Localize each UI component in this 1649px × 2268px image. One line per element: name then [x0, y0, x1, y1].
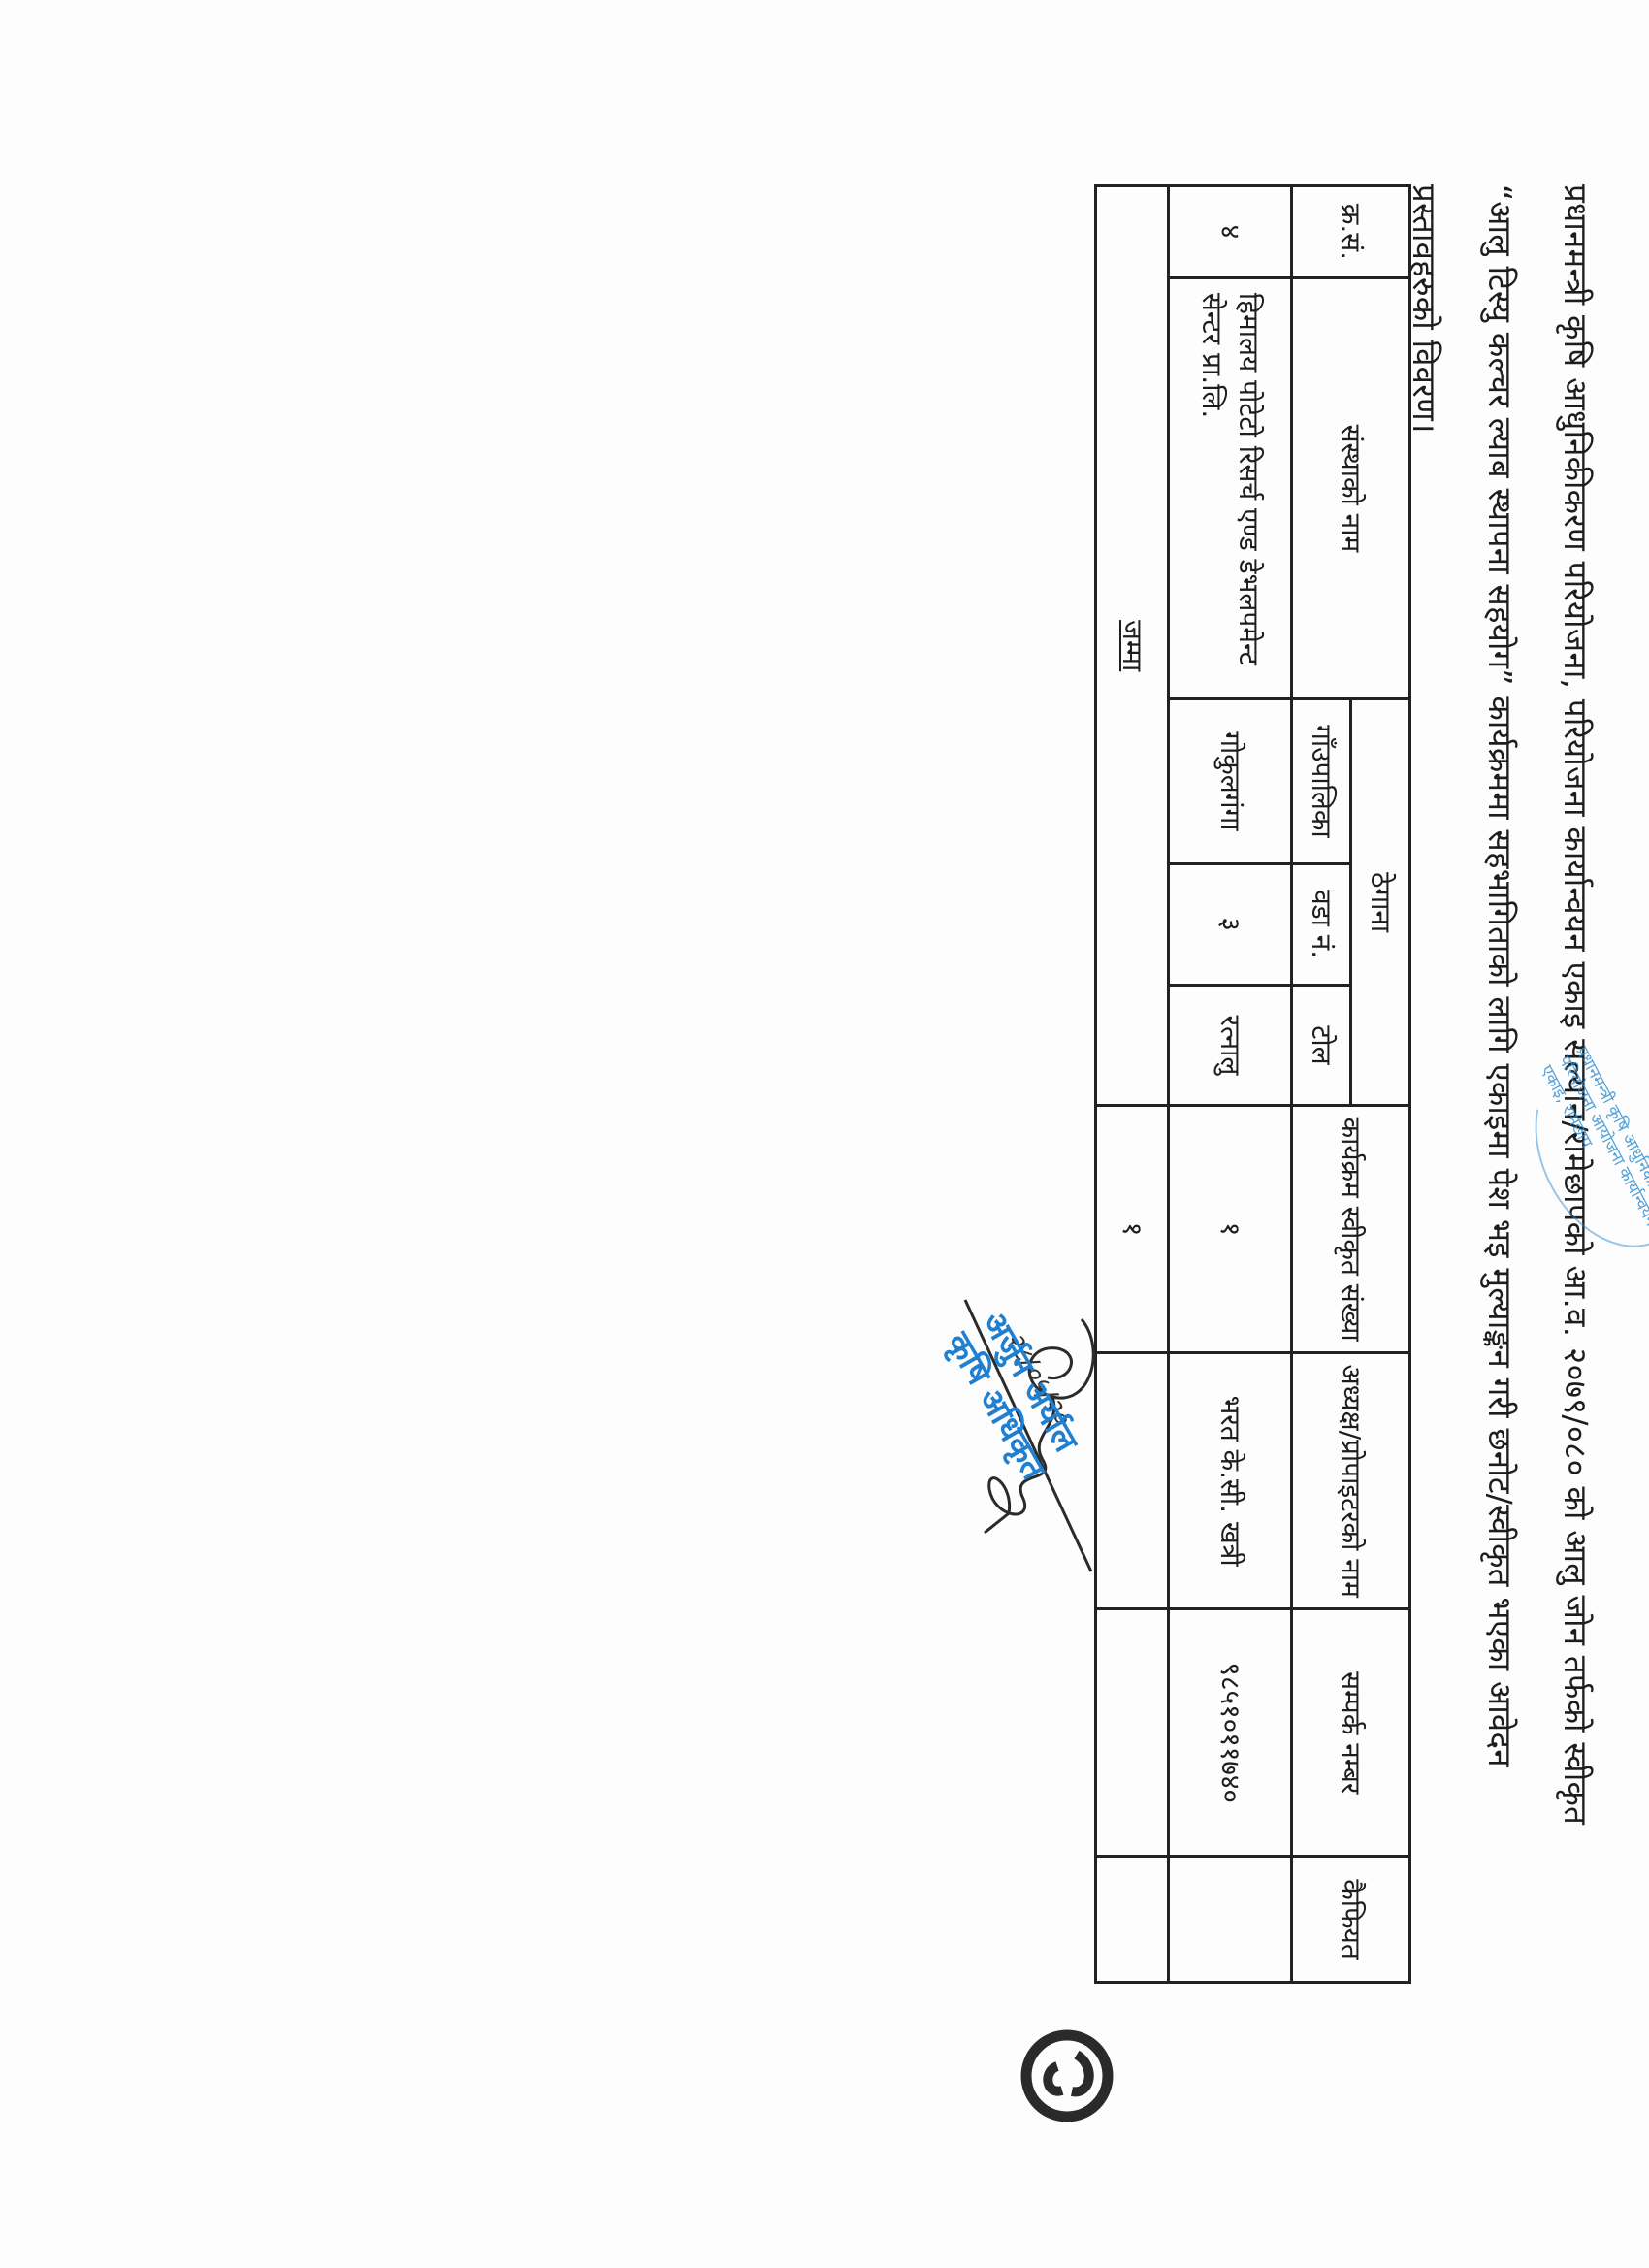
heading-line-1: प्रधानमन्त्री कृषि आधुनिकीकरण परियोजना, …	[1555, 184, 1599, 1825]
total-approved-count: १	[1096, 1106, 1169, 1352]
cell-org-name: हिमालय पोटेटो रिसर्च एण्ड डेभलपमेन्ट सेन…	[1169, 277, 1292, 698]
heading-line-2: “आलु टिस्यु कल्चर ल्याब स्थापना सहयोग” क…	[1479, 184, 1523, 1767]
cell-chair-name: भरत के.सी. खत्री	[1169, 1352, 1292, 1609]
header-org-name: संस्थाको नाम	[1292, 277, 1410, 698]
total-empty-2	[1096, 1609, 1169, 1857]
table-total-row: जम्मा १	[1096, 186, 1169, 1983]
proposals-table: क्र.सं. संस्थाको नाम ठेगाना कार्यक्रम स्…	[1094, 184, 1411, 1984]
header-chair-name: अध्यक्ष/प्रोपाइटरको नाम	[1292, 1352, 1410, 1609]
header-remarks: कैफियत	[1292, 1857, 1410, 1983]
seal-arc-icon	[1504, 1034, 1649, 1275]
header-sn: क्र.सं.	[1292, 186, 1410, 278]
cell-tole: रत्नालु	[1169, 985, 1292, 1106]
cell-municipality: गोकुलगंगा	[1169, 698, 1292, 863]
table-header-row: क्र.सं. संस्थाको नाम ठेगाना कार्यक्रम स्…	[1351, 186, 1410, 1983]
scanned-document-page: प्रधानमन्त्री कृषि आधुनिकीकरण परियोजना, …	[0, 0, 1649, 2268]
header-ward: वडा नं.	[1292, 863, 1351, 985]
page-mark-icon	[1018, 2027, 1115, 2124]
cell-approved-count: १	[1169, 1106, 1292, 1352]
header-address: ठेगाना	[1351, 698, 1410, 1105]
total-label: जम्मा	[1096, 186, 1169, 1106]
cell-ward: ३	[1169, 863, 1292, 985]
header-tole: टोल	[1292, 985, 1351, 1106]
total-empty-3	[1096, 1857, 1169, 1983]
cell-remarks	[1169, 1857, 1292, 1983]
table-row: ४ हिमालय पोटेटो रिसर्च एण्ड डेभलपमेन्ट स…	[1169, 186, 1292, 1983]
cell-contact: ९८५१०११७४०	[1169, 1609, 1292, 1857]
cell-sn: ४	[1169, 186, 1292, 278]
header-municipality: गाँउपालिका	[1292, 698, 1351, 863]
header-approved-count: कार्यक्रम स्वीकृत संख्या	[1292, 1106, 1410, 1352]
header-contact: सम्पर्क नम्बर	[1292, 1609, 1410, 1857]
